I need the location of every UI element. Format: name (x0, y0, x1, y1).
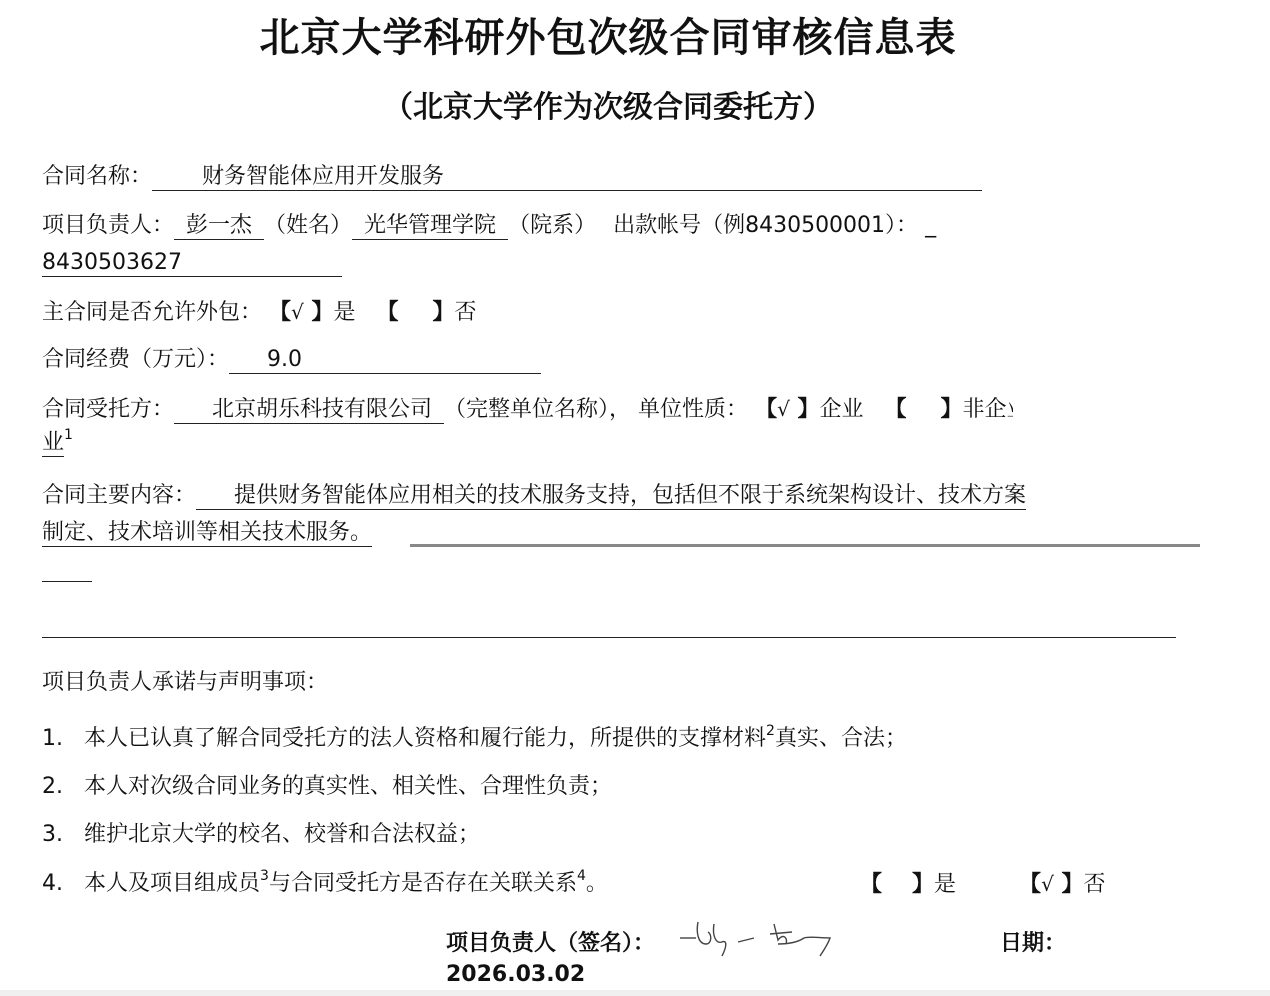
option-label: 否 (1083, 872, 1105, 897)
item-text-cont: 与合同受托方是否存在关联关系 (269, 871, 577, 896)
department-value: 光华管理学院 (364, 213, 496, 238)
nature-option-non-enterprise[interactable]: 【】非企业 (885, 397, 1013, 422)
main-content-field-line1[interactable]: 提供财务智能体应用相关的技术服务支持，包括但不限于系统架构设计、技术方案 (196, 483, 1026, 510)
contract-fee-field[interactable]: 9.0 (229, 347, 541, 374)
date-value: 2026.03.02 (446, 962, 585, 987)
item-number: 4. (42, 869, 84, 899)
contractor-wrap-row: 业1 (42, 428, 73, 460)
account-field[interactable]: 8430503627 (42, 250, 342, 277)
department-hint: （院系） (508, 213, 596, 238)
commitment-item-4: 4.本人及项目组成员3与合同受托方是否存在关联关系4。 (42, 869, 608, 901)
item-number: 1. (42, 724, 84, 754)
commitments-heading: 项目负责人承诺与声明事项： (42, 668, 328, 698)
footnote-1: 1 (64, 427, 73, 443)
project-leader-row: 项目负责人：彭一杰（姓名）光华管理学院（院系） 出款帐号（例8430500001… (42, 211, 936, 241)
related-option-yes[interactable]: 【】是 (860, 872, 956, 897)
account-row: 8430503627 (42, 248, 342, 278)
check-mark-icon: √ (777, 397, 790, 421)
commitment-item-3: 3.维护北京大学的校名、校誉和合法权益； (42, 820, 480, 850)
main-content-field-line2[interactable]: 制定、技术培训等相关技术服务。 (42, 520, 372, 547)
main-content-line2: 制定、技术培训等相关技术服务。 (42, 520, 372, 545)
form-subtitle: （北京大学作为次级合同委托方） (0, 82, 1216, 126)
option-label: 是 (333, 300, 355, 325)
item-text: 本人对次级合同业务的真实性、相关性、合理性负责； (84, 774, 612, 799)
contract-fee-row: 合同经费（万元）：9.0 (42, 345, 541, 375)
outsourcing-allowed-row: 主合同是否允许外包： 【√ 】是 【】否 (42, 297, 477, 328)
option-label: 否 (455, 300, 477, 325)
main-content-row-2: 制定、技术培训等相关技术服务。 (42, 518, 372, 548)
contract-name-label: 合同名称： (42, 164, 152, 189)
page-bottom-edge (0, 990, 1270, 996)
item-text-end: 。 (586, 871, 608, 896)
handwritten-signature-icon (678, 914, 848, 960)
item-text-cont: 真实、合法； (775, 726, 907, 751)
form-title: 北京大学科研外包次级合同审核信息表 (0, 6, 1216, 63)
contract-fee-label: 合同经费（万元）： (42, 347, 229, 372)
footnote-2: 2 (766, 723, 775, 739)
main-content-underline (410, 544, 1200, 547)
option-label: 企业 (820, 397, 864, 422)
leader-name-value: 彭一杰 (186, 213, 252, 238)
contractor-value: 北京胡乐科技有限公司 (212, 397, 432, 422)
contractor-hint: （完整单位名称）， (444, 397, 631, 422)
blank-line-long[interactable] (42, 637, 1176, 638)
main-content-label: 合同主要内容： (42, 483, 196, 508)
item-text: 本人及项目组成员 (84, 871, 260, 896)
project-leader-label: 项目负责人： (42, 213, 174, 238)
blank-line-short (42, 581, 92, 582)
commitment-item-2: 2.本人对次级合同业务的真实性、相关性、合理性负责； (42, 772, 612, 802)
contractor-field[interactable]: 北京胡乐科技有限公司 (174, 397, 444, 424)
department-field[interactable]: 光华管理学院 (352, 213, 508, 240)
date-label: 日期： (1000, 926, 1066, 957)
contract-name-value: 财务智能体应用开发服务 (202, 164, 444, 189)
outsourcing-option-yes[interactable]: 【√ 】是 (269, 300, 355, 325)
nature-label: 单位性质： (638, 397, 748, 422)
footnote-4: 4 (577, 868, 586, 884)
account-value: 8430503627 (42, 250, 182, 275)
check-mark-icon: √ (1041, 872, 1054, 896)
outsourcing-label: 主合同是否允许外包： (42, 300, 262, 325)
contract-fee-value: 9.0 (267, 347, 302, 372)
item-number: 3. (42, 820, 84, 850)
signature-label: 项目负责人（签名）： (446, 926, 655, 957)
item-number: 2. (42, 772, 84, 802)
commitment-item-1: 1.本人已认真了解合同受托方的法人资格和履行能力，所提供的支撑材料2真实、合法； (42, 724, 907, 756)
outsourcing-option-no[interactable]: 【】否 (376, 300, 476, 325)
option-label: 是 (934, 872, 956, 897)
related-options: 【】是 【√ 】否 (860, 869, 1106, 900)
main-content-line1: 提供财务智能体应用相关的技术服务支持，包括但不限于系统架构设计、技术方案 (234, 483, 1026, 508)
contract-name-row: 合同名称：财务智能体应用开发服务 (42, 162, 982, 192)
related-option-no[interactable]: 【√ 】否 (1019, 872, 1105, 897)
item-text: 维护北京大学的校名、校誉和合法权益； (84, 822, 480, 847)
form-page: 北京大学科研外包次级合同审核信息表 （北京大学作为次级合同委托方） 合同名称：财… (0, 0, 1270, 990)
leader-name-hint: （姓名） (264, 213, 352, 238)
option-label: 非企业 (963, 395, 1013, 425)
item-text: 本人已认真了解合同受托方的法人资格和履行能力，所提供的支撑材料 (84, 726, 766, 751)
leader-name-field[interactable]: 彭一杰 (174, 213, 264, 240)
main-content-row: 合同主要内容：提供财务智能体应用相关的技术服务支持，包括但不限于系统架构设计、技… (42, 481, 1026, 511)
contractor-row: 合同受托方：北京胡乐科技有限公司（完整单位名称）， 单位性质： 【√ 】企业 【… (42, 394, 1013, 425)
account-prefix: _ (925, 213, 936, 238)
nature-wrap-text: 业 (42, 430, 64, 457)
nature-option-enterprise[interactable]: 【√ 】企业 (755, 397, 863, 422)
check-mark-icon: √ (291, 300, 304, 324)
contract-name-field[interactable]: 财务智能体应用开发服务 (152, 164, 982, 191)
account-label: 出款帐号（例8430500001）： (613, 213, 918, 238)
contractor-label: 合同受托方： (42, 397, 174, 422)
footnote-3: 3 (260, 868, 269, 884)
